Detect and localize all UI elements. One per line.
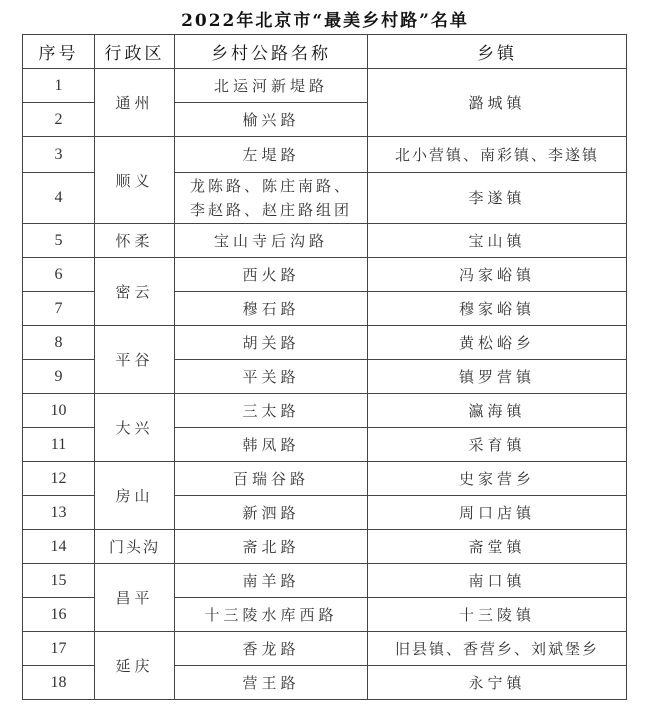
- table-row: 3 顺义 左堤路 北小营镇、南彩镇、李遂镇: [23, 137, 627, 173]
- cell-township: 南口镇: [368, 564, 627, 598]
- table-row: 17 延庆 香龙路 旧县镇、香营乡、刘斌堡乡: [23, 632, 627, 666]
- cell-road-name: 穆石路: [175, 292, 368, 326]
- cell-road-name: 左堤路: [175, 137, 368, 173]
- cell-district: 大兴: [95, 394, 175, 462]
- table-header-row: 序号 行政区 乡村公路名称 乡镇: [23, 35, 627, 69]
- cell-township: 十三陵镇: [368, 598, 627, 632]
- cell-township: 镇罗营镇: [368, 360, 627, 394]
- header-serial-number: 序号: [23, 35, 95, 69]
- cell-township: 冯家峪镇: [368, 258, 627, 292]
- cell-serial-number: 12: [23, 462, 95, 496]
- cell-district: 通州: [95, 69, 175, 137]
- cell-township: 周口店镇: [368, 496, 627, 530]
- table-row: 12 房山 百瑞谷路 史家营乡: [23, 462, 627, 496]
- cell-township: 旧县镇、香营乡、刘斌堡乡: [368, 632, 627, 666]
- cell-road-name: 胡关路: [175, 326, 368, 360]
- table-row: 14 门头沟 斋北路 斋堂镇: [23, 530, 627, 564]
- cell-serial-number: 8: [23, 326, 95, 360]
- header-road-name: 乡村公路名称: [175, 35, 368, 69]
- table-row: 6 密云 西火路 冯家峪镇: [23, 258, 627, 292]
- header-district: 行政区: [95, 35, 175, 69]
- cell-serial-number: 18: [23, 666, 95, 700]
- cell-township: 宝山镇: [368, 224, 627, 258]
- cell-serial-number: 9: [23, 360, 95, 394]
- cell-township: 北小营镇、南彩镇、李遂镇: [368, 137, 627, 173]
- cell-serial-number: 11: [23, 428, 95, 462]
- cell-serial-number: 13: [23, 496, 95, 530]
- cell-township: 瀛海镇: [368, 394, 627, 428]
- cell-district: 平谷: [95, 326, 175, 394]
- cell-road-name: 榆兴路: [175, 103, 368, 137]
- cell-serial-number: 17: [23, 632, 95, 666]
- table-row: 15 昌平 南羊路 南口镇: [23, 564, 627, 598]
- cell-road-name: 宝山寺后沟路: [175, 224, 368, 258]
- cell-township: 斋堂镇: [368, 530, 627, 564]
- cell-road-name: 十三陵水库西路: [175, 598, 368, 632]
- cell-township: 李遂镇: [368, 173, 627, 224]
- cell-district: 房山: [95, 462, 175, 530]
- cell-township: 潞城镇: [368, 69, 627, 137]
- cell-serial-number: 1: [23, 69, 95, 103]
- cell-serial-number: 15: [23, 564, 95, 598]
- cell-district: 延庆: [95, 632, 175, 700]
- table-row: 10 大兴 三太路 瀛海镇: [23, 394, 627, 428]
- cell-road-name: 北运河新堤路: [175, 69, 368, 103]
- cell-road-name: 三太路: [175, 394, 368, 428]
- table-row: 1 通州 北运河新堤路 潞城镇: [23, 69, 627, 103]
- cell-district: 昌平: [95, 564, 175, 632]
- cell-road-name: 龙陈路、陈庄南路、 李赵路、赵庄路组团: [175, 173, 368, 224]
- cell-road-name: 平关路: [175, 360, 368, 394]
- road-name-line: 李赵路、赵庄路组团: [175, 198, 367, 222]
- cell-road-name: 南羊路: [175, 564, 368, 598]
- cell-township: 采育镇: [368, 428, 627, 462]
- document-title: 2022年北京市“最美乡村路”名单: [0, 6, 650, 31]
- cell-township: 史家营乡: [368, 462, 627, 496]
- cell-road-name: 斋北路: [175, 530, 368, 564]
- cell-serial-number: 6: [23, 258, 95, 292]
- cell-district: 顺义: [95, 137, 175, 224]
- header-township: 乡镇: [368, 35, 627, 69]
- cell-road-name: 香龙路: [175, 632, 368, 666]
- cell-road-name: 新泗路: [175, 496, 368, 530]
- cell-serial-number: 2: [23, 103, 95, 137]
- cell-serial-number: 7: [23, 292, 95, 326]
- cell-township: 永宁镇: [368, 666, 627, 700]
- cell-district: 门头沟: [95, 530, 175, 564]
- cell-road-name: 韩凤路: [175, 428, 368, 462]
- cell-road-name: 营王路: [175, 666, 368, 700]
- road-name-line: 龙陈路、陈庄南路、: [175, 174, 367, 198]
- rural-roads-table: 序号 行政区 乡村公路名称 乡镇 1 通州 北运河新堤路 潞城镇 2 榆兴路 3…: [22, 34, 627, 700]
- cell-serial-number: 3: [23, 137, 95, 173]
- cell-township: 黄松峪乡: [368, 326, 627, 360]
- cell-serial-number: 5: [23, 224, 95, 258]
- cell-serial-number: 16: [23, 598, 95, 632]
- cell-road-name: 西火路: [175, 258, 368, 292]
- cell-district: 怀柔: [95, 224, 175, 258]
- cell-district: 密云: [95, 258, 175, 326]
- cell-road-name: 百瑞谷路: [175, 462, 368, 496]
- cell-serial-number: 10: [23, 394, 95, 428]
- cell-township: 穆家峪镇: [368, 292, 627, 326]
- cell-serial-number: 4: [23, 173, 95, 224]
- cell-serial-number: 14: [23, 530, 95, 564]
- table-row: 5 怀柔 宝山寺后沟路 宝山镇: [23, 224, 627, 258]
- table-row: 8 平谷 胡关路 黄松峪乡: [23, 326, 627, 360]
